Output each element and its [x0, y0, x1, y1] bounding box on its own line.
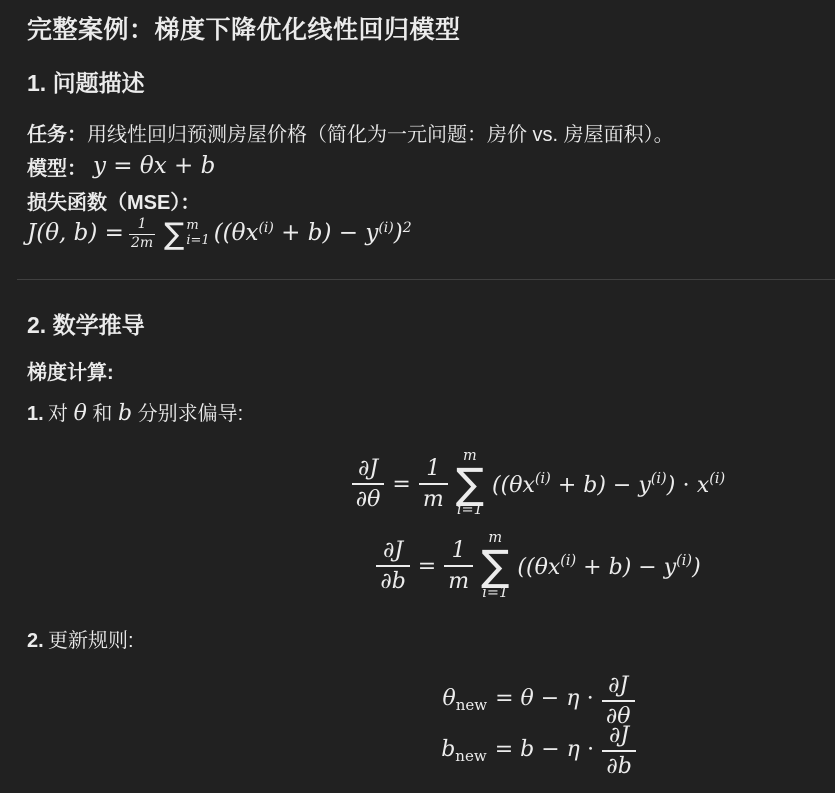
fraction-one-over-m: 1m — [419, 457, 448, 511]
page-title: 完整案例：梯度下降优化线性回归模型 — [27, 17, 815, 43]
task-text: 用线性回归预测房屋价格（简化为一元问题：房价 vs. 房屋面积）。 — [87, 118, 674, 147]
list-marker: 1. — [27, 399, 48, 429]
b-new-base: b — [441, 737, 455, 762]
subscript-new: new — [456, 696, 487, 714]
task-label: 任务： — [27, 118, 87, 147]
eq-update-theta: θnew= θ − η ⋅ ∂J∂θ — [262, 674, 815, 728]
section-2-heading: 2. 数学推导 — [27, 313, 815, 337]
subscript-new: new — [455, 747, 486, 765]
superscript: (i) — [378, 220, 393, 236]
model-formula: y = θx + b — [93, 155, 215, 178]
list-item-1: 1.对 θ 和 b 分别求偏导: — [27, 399, 815, 429]
divider — [17, 279, 835, 280]
loss-label: 损失函数（MSE）： — [27, 186, 200, 215]
sigma-symbol: ∑ — [481, 549, 509, 583]
sum-lower-limit: i=1 — [482, 586, 508, 602]
loss-formula-line: J(θ, b) =12m∑mi=1((θx(i) + b) − y(i))2 — [27, 217, 815, 251]
fraction-dJ-dtheta: ∂J∂θ — [352, 457, 385, 511]
model-line: 模型：y = θx + b — [27, 149, 815, 183]
summation-display: m∑i=1 — [481, 531, 509, 601]
superscript: (i) — [560, 553, 576, 569]
task-line: 任务：用线性回归预测房屋价格（简化为一元问题：房价 vs. 房屋面积）。 — [27, 115, 815, 149]
summation-inline: ∑mi=1 — [164, 219, 210, 249]
superscript: (i) — [676, 553, 692, 569]
eq-middle: = θ − η ⋅ — [495, 686, 594, 711]
theta-symbol: θ — [74, 401, 87, 426]
superscript: (i) — [535, 471, 551, 487]
sum-lower-limit: i=1 — [457, 503, 483, 519]
eq-update-b: bnew= b − η ⋅ ∂J∂b — [262, 724, 815, 778]
loss-formula: J(θ, b) =12m∑mi=1((θx(i) + b) − y(i))2 — [27, 217, 412, 251]
eq-body: ((θx(i) + b) − y(i)) — [517, 554, 700, 579]
gradient-calc-label: 梯度计算: — [27, 359, 815, 387]
list-item-1-text: 对 θ 和 b 分别求偏导: — [48, 399, 243, 429]
loss-label-line: 损失函数（MSE）： — [27, 183, 815, 217]
sigma-symbol: ∑ — [164, 221, 184, 248]
eq-middle: = b − η ⋅ — [495, 737, 595, 762]
list-item-2: 2.更新规则: — [27, 626, 815, 656]
list-marker: 2. — [27, 626, 48, 656]
superscript: (i) — [258, 220, 273, 236]
theta-new-base: θ — [442, 686, 455, 711]
problem-description-block: 任务：用线性回归预测房屋价格（简化为一元问题：房价 vs. 房屋面积）。 模型：… — [27, 115, 815, 251]
chat-message-document: 完整案例：梯度下降优化线性回归模型 1. 问题描述 任务：用线性回归预测房屋价格… — [0, 0, 835, 793]
sigma-symbol: ∑ — [456, 467, 484, 501]
eq-body: ((θx(i) + b) − y(i)) ⋅ x(i) — [492, 472, 725, 497]
loss-lhs: J(θ, b) = — [27, 220, 124, 246]
fraction-dJ-db: ∂J∂b — [376, 539, 409, 593]
model-label: 模型： — [27, 152, 87, 181]
fraction-dJ-db: ∂J∂b — [602, 724, 635, 778]
fraction: 12m — [129, 217, 155, 251]
fraction-dJ-dtheta: ∂J∂θ — [602, 674, 635, 728]
eq-grad-theta: ∂J∂θ = 1m m∑i=1 ((θx(i) + b) − y(i)) ⋅ x… — [262, 449, 815, 519]
equals-sign: = — [392, 473, 410, 496]
sum-upper-limit: m — [186, 219, 209, 234]
superscript: (i) — [709, 471, 725, 487]
superscript: (i) — [651, 471, 667, 487]
section-1-heading: 1. 问题描述 — [27, 71, 815, 95]
equals-sign: = — [418, 555, 436, 578]
summation-display: m∑i=1 — [456, 449, 484, 519]
b-symbol: b — [118, 401, 132, 426]
list-item-2-text: 更新规则: — [48, 626, 134, 656]
eq-grad-b: ∂J∂b = 1m m∑i=1 ((θx(i) + b) − y(i)) — [262, 531, 815, 601]
sum-lower-limit: i=1 — [186, 234, 209, 249]
superscript: 2 — [403, 220, 412, 236]
fraction-one-over-m: 1m — [444, 539, 473, 593]
